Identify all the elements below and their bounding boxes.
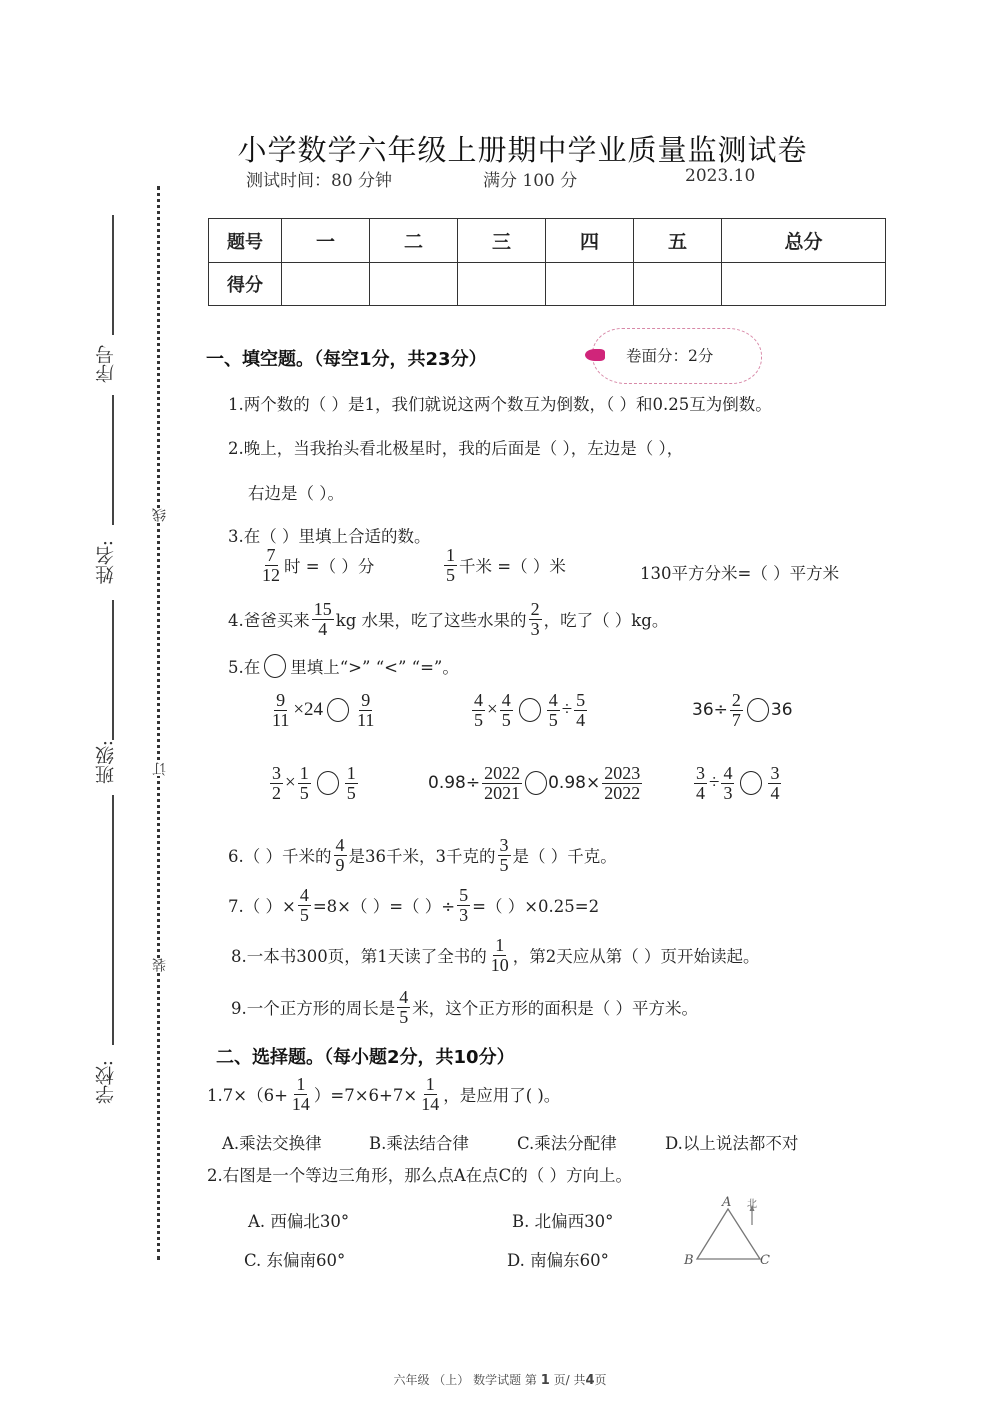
score-col-total: 总分: [722, 219, 886, 263]
margin-line-class: [112, 600, 114, 740]
s2-q2-option-a[interactable]: A. 西偏北30°: [248, 1208, 349, 1232]
exam-time: 测试时间：80 分钟: [246, 166, 392, 191]
s1-question-3-prompt: 3.在（ ）里填上合适的数。: [228, 523, 431, 547]
fraction: 15: [444, 546, 457, 585]
score-table-score-row: 得分: [209, 263, 886, 306]
binding-marker-ding: 订: [150, 762, 170, 776]
page-footer: 六年级 （上） 数学试题 第 1 页/ 共4页: [0, 1371, 1000, 1388]
compare-expr-1: 911 ×24 911: [268, 691, 378, 730]
s1-question-2-line1: 2.晚上，当我抬头看北极星时，我的后面是（ ），左边是（ ），: [228, 435, 683, 459]
compare-expr-4: 32 × 15 15: [268, 764, 360, 803]
s1-question-3a: 712 时 =（ ）分: [258, 546, 374, 585]
score-col-3: 三: [458, 219, 546, 263]
s2-q2-option-d[interactable]: D. 南偏东60°: [507, 1247, 609, 1271]
s1-question-9: 9.一个正方形的周长是 45 米，这个正方形的面积是（ ）平方米。: [231, 988, 698, 1027]
s1-question-4: 4.爸爸买来 154 kg 水果，吃了这些水果的 23 ，吃了（ ）kg。: [228, 600, 668, 639]
full-score: 满分 100 分: [483, 166, 577, 191]
north-label: 北: [747, 1195, 757, 1210]
compare-circle[interactable]: [327, 698, 349, 722]
s2-q1-option-a[interactable]: A.乘法交换律: [222, 1130, 322, 1154]
compare-expr-3: 36÷ 27 36: [692, 691, 793, 730]
field-label-school: 学校:: [92, 1060, 119, 1104]
score-cell-2[interactable]: [370, 263, 458, 306]
page-title: 小学数学六年级上册期中学业质量监测试卷: [0, 128, 1000, 169]
score-cell-total[interactable]: [722, 263, 886, 306]
page-number: 1: [541, 1373, 550, 1388]
s1-question-5-prompt: 5.在 里填上“>” “<” “=”。: [228, 654, 459, 678]
compare-circle[interactable]: [747, 698, 769, 722]
s2-question-2: 2.右图是一个等边三角形，那么点A在点C的（ ）方向上。: [207, 1162, 632, 1186]
fraction: 154: [312, 600, 334, 639]
compare-expr-2: 45 × 45 45 ÷ 54: [470, 691, 589, 730]
vertex-label-c: C: [760, 1253, 770, 1268]
compare-expr-6: 34 ÷ 43 34: [692, 764, 783, 803]
badge-pointer-icon: [585, 349, 605, 361]
equilateral-triangle-figure: A B C 北: [680, 1195, 780, 1270]
neatness-score-text: 卷面分：2分: [626, 344, 713, 366]
fraction: 23: [529, 600, 542, 639]
binding-marker-line: 线: [150, 508, 170, 522]
fraction: 712: [260, 546, 282, 585]
score-col-4: 四: [546, 219, 634, 263]
s1-question-6: 6.（ ）千米的 49 是36千米，3千克的 35 是（ ）千克。: [228, 836, 617, 875]
field-label-xuhao: 序号: [92, 345, 119, 383]
s1-question-3b: 15 千米 =（ ）米: [442, 546, 566, 585]
s2-q1-option-c[interactable]: C.乘法分配律: [517, 1130, 617, 1154]
s2-q2-option-b[interactable]: B. 北偏西30°: [512, 1208, 613, 1232]
score-cell-5[interactable]: [634, 263, 722, 306]
field-label-name: 姓名:: [92, 540, 119, 584]
circle-blank-icon: [264, 654, 286, 678]
s2-q1-option-d[interactable]: D.以上说法都不对: [665, 1130, 798, 1154]
s1-question-2-line2: 右边是（ ）。: [248, 480, 344, 504]
field-label-class: 班级:: [92, 740, 119, 784]
vertex-label-a: A: [722, 1195, 731, 1210]
score-table-label-tihao: 题号: [209, 219, 282, 263]
compare-circle[interactable]: [525, 771, 547, 795]
compare-expr-5: 0.98÷ 20222021 0.98× 20232022: [428, 764, 644, 803]
vertex-label-b: B: [684, 1253, 694, 1268]
margin-line-name: [112, 395, 114, 525]
score-cell-4[interactable]: [546, 263, 634, 306]
s1-question-8: 8.一本书300页，第1天读了全书的 110 ，第2天应从第（ ）页开始读起。: [231, 936, 759, 975]
compare-circle[interactable]: [519, 698, 541, 722]
margin-line-school: [112, 795, 114, 1045]
score-cell-3[interactable]: [458, 263, 546, 306]
page-total: 4: [585, 1373, 594, 1388]
margin-line-xuhao: [112, 215, 114, 335]
compare-circle[interactable]: [317, 771, 339, 795]
score-table-label-defen: 得分: [209, 263, 282, 306]
exam-date: 2023.10: [685, 166, 755, 186]
s2-q2-option-c[interactable]: C. 东偏南60°: [244, 1247, 345, 1271]
s1-question-1: 1.两个数的（ ）是1，我们就说这两个数互为倒数，（ ）和0.25互为倒数。: [228, 391, 772, 415]
score-col-5: 五: [634, 219, 722, 263]
compare-circle[interactable]: [740, 771, 762, 795]
s2-question-1: 1.7×（6+ 114 ）=7×6+7× 114 ，是应用了( )。: [207, 1075, 560, 1114]
score-table: 题号 一 二 三 四 五 总分 得分: [208, 218, 886, 306]
score-col-1: 一: [282, 219, 370, 263]
binding-marker-zhuang: 装: [150, 958, 170, 972]
s2-q1-option-b[interactable]: B.乘法结合律: [369, 1130, 469, 1154]
s1-question-3c: 130平方分米=（ ）平方米: [640, 560, 839, 584]
score-table-header-row: 题号 一 二 三 四 五 总分: [209, 219, 886, 263]
score-cell-1[interactable]: [282, 263, 370, 306]
section1-title: 一、填空题。（每空1分，共23分）: [206, 345, 487, 371]
section2-title: 二、选择题。（每小题2分，共10分）: [216, 1043, 515, 1069]
score-col-2: 二: [370, 219, 458, 263]
s1-question-7: 7.（ ）× 45 =8×（ ）=（ ）÷ 53 =（ ）×0.25=2: [228, 886, 599, 925]
binding-dotted-line: [157, 186, 160, 1260]
